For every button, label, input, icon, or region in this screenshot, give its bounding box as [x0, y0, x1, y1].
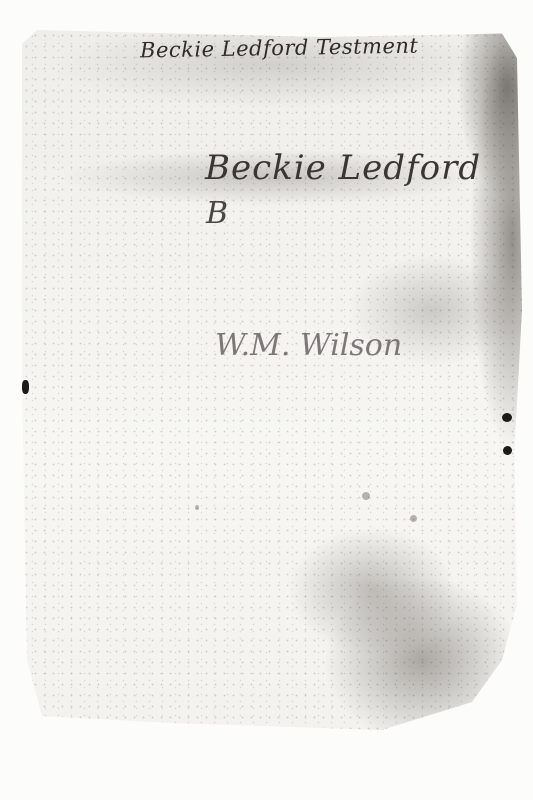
witness-signature: W.M. Wilson: [215, 328, 402, 363]
signature-beckie-ledford: Beckie Ledford: [205, 148, 481, 188]
ink-spot: [195, 505, 199, 510]
punch-hole-right-top: [502, 413, 512, 422]
paper-sheet: [22, 30, 522, 730]
ink-spot: [362, 492, 370, 500]
punch-hole-right-bottom: [503, 446, 512, 455]
initial-mark: B: [206, 196, 228, 231]
scanned-page: Beckie Ledford Testment Beckie Ledford B…: [0, 0, 533, 800]
document-heading: Beckie Ledford Testment: [140, 34, 419, 63]
punch-hole-left: [22, 380, 29, 394]
ink-spot: [410, 515, 417, 522]
scan-noise: [22, 30, 522, 730]
